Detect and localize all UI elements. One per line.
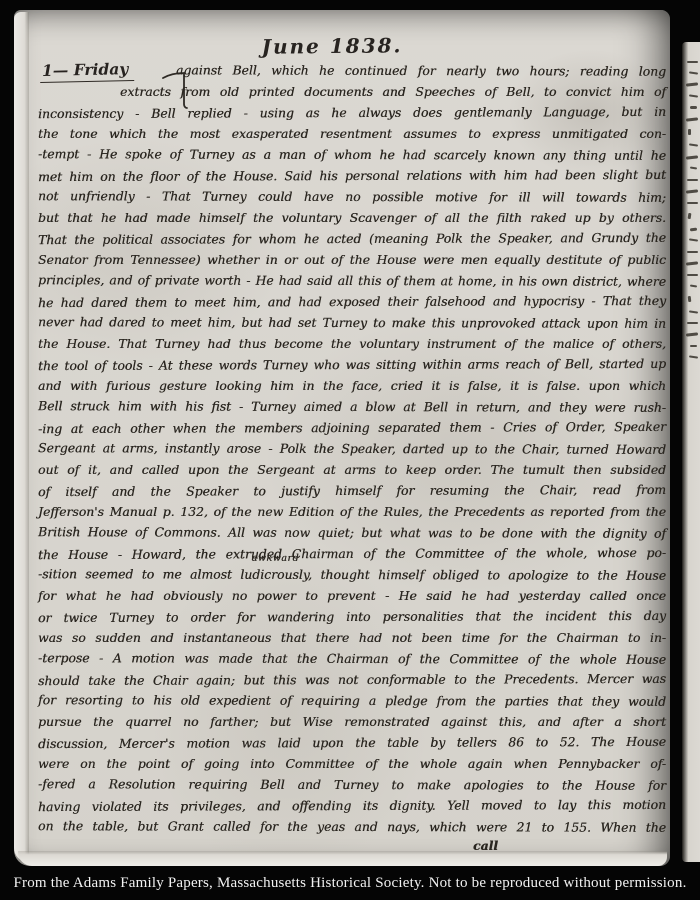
adjacent-page-ink-fragment [689, 95, 698, 98]
adjacent-page-ink-fragment [687, 61, 698, 63]
adjacent-page-ink-fragment [686, 117, 698, 121]
adjacent-page-ink-fragment [686, 155, 698, 159]
archive-caption-bar: From the Adams Family Papers, Massachuse… [0, 866, 700, 900]
manuscript-line: for resorting to his old expedient of re… [38, 689, 666, 712]
manuscript-line: or twice Turney to order for wandering i… [38, 605, 666, 628]
adjacent-page-ink-fragment [690, 227, 697, 231]
adjacent-page-ink-fragment [687, 202, 698, 204]
manuscript-line: Bell struck him with his fist - Turney a… [38, 395, 666, 418]
adjacent-page-ink-fragment [688, 296, 692, 302]
manuscript-line: for what he had obviously no power to pr… [38, 585, 666, 606]
adjacent-page-ink-fragment [686, 261, 698, 265]
manuscript-line: met him on the floor of the House. Said … [38, 164, 666, 187]
adjacent-page-ink-fragment [687, 251, 698, 253]
manuscript-line: -sition seemed to me almost ludicrously,… [38, 563, 666, 586]
scanned-diary-photograph: { "page": { "header_date": "June 1838.",… [0, 0, 700, 900]
manuscript-line: should take the Chair again; but this wa… [38, 668, 666, 691]
adjacent-page-ink-fragment [687, 322, 698, 324]
adjacent-page-ink-fragment [689, 72, 698, 75]
manuscript-line: Jefferson's Manual p. 132, of the new Ed… [38, 501, 666, 522]
adjacent-page-ink-fragment [686, 333, 698, 337]
manuscript-line: he had dared them to meet him, and had e… [38, 290, 666, 313]
adjacent-page-sliver [682, 42, 700, 862]
adjacent-page-ink-fragment [690, 284, 697, 287]
manuscript-line: the tool of tools - At these words Turne… [38, 353, 666, 376]
interlined-insertion: awkward [252, 554, 300, 563]
adjacent-page-ink-fragment [690, 167, 697, 170]
adjacent-page-ink-fragment [688, 129, 691, 135]
manuscript-line: -terpose - A motion was made that the Ch… [38, 647, 666, 670]
manuscript-line: inconsistency - Bell replied - using as … [38, 101, 666, 124]
manuscript-line: but that he had made himself the volunta… [38, 207, 666, 228]
manuscript-line: discussion, Mercer's motion was laid upo… [38, 731, 666, 754]
adjacent-page-ink-fragment [689, 239, 698, 242]
diary-entry-text: against Bell, which he continued for nea… [38, 60, 666, 857]
manuscript-line: against Bell, which he continued for nea… [176, 59, 666, 81]
manuscript-line: That the political associates for whom h… [38, 227, 666, 250]
adjacent-page-ink-fragment [689, 356, 698, 359]
manuscript-line: not unfriendly - That Turney could have … [38, 185, 666, 208]
catchword-row: call [38, 837, 666, 857]
manuscript-line: on the table, but Grant called for the y… [38, 815, 666, 838]
manuscript-line: having violated its privileges, and offe… [38, 794, 666, 817]
manuscript-line: extracts from old printed documents and … [120, 81, 666, 102]
adjacent-page-ink-fragment [686, 189, 698, 193]
manuscript-line: -tempt - He spoke of Turney as a man of … [38, 143, 666, 166]
manuscript-line: -ing at each other when the members adjo… [38, 416, 666, 439]
adjacent-page-ink-fragment [690, 106, 697, 108]
manuscript-line: the tone which the most exasperated rese… [38, 123, 666, 144]
manuscript-line: and with furious gesture looking him in … [38, 375, 666, 396]
page-date-heading: June 1838. [14, 31, 650, 62]
adjacent-page-ink-fragment [689, 310, 698, 313]
adjacent-page-ink-fragment [686, 83, 698, 87]
adjacent-page-ink-fragment [687, 274, 698, 276]
adjacent-page-ink-fragment [688, 213, 692, 219]
manuscript-line: principles, and of private worth - He ha… [38, 269, 666, 292]
manuscript-line: of itself and the Speaker to justify him… [38, 479, 666, 502]
manuscript-line: British House of Commons. All was now qu… [38, 521, 666, 544]
adjacent-page-ink-fragment [689, 144, 698, 147]
adjacent-page-ink-fragment [687, 179, 698, 181]
manuscript-line: Senator from Tennessee) whether in or ou… [38, 249, 666, 270]
manuscript-line: never had dared to meet him, but had set… [38, 311, 666, 334]
manuscript-line: pursue the quarrel no farther; but Wise … [38, 711, 666, 732]
manuscript-line: -fered a Resolution requiring Bell and T… [38, 773, 666, 796]
manuscript-line: were on the point of going into Committe… [38, 753, 666, 774]
manuscript-line: the House - Howard, the extruded Chairma… [38, 542, 666, 565]
catchword: call [470, 837, 501, 857]
manuscript-line: out of it, and called upon the Sergeant … [38, 459, 666, 480]
manuscript-line: the House. That Turney had thus become t… [38, 333, 666, 354]
archive-caption-text: From the Adams Family Papers, Massachuse… [13, 875, 686, 892]
manuscript-line: was so sudden and instantaneous that the… [38, 627, 666, 648]
manuscript-line: Sergeant at arms, instantly arose - Polk… [38, 437, 666, 460]
manuscript-page: June 1838. 1— Friday against Bell, which… [14, 10, 670, 866]
adjacent-page-ink-fragment [690, 345, 697, 347]
